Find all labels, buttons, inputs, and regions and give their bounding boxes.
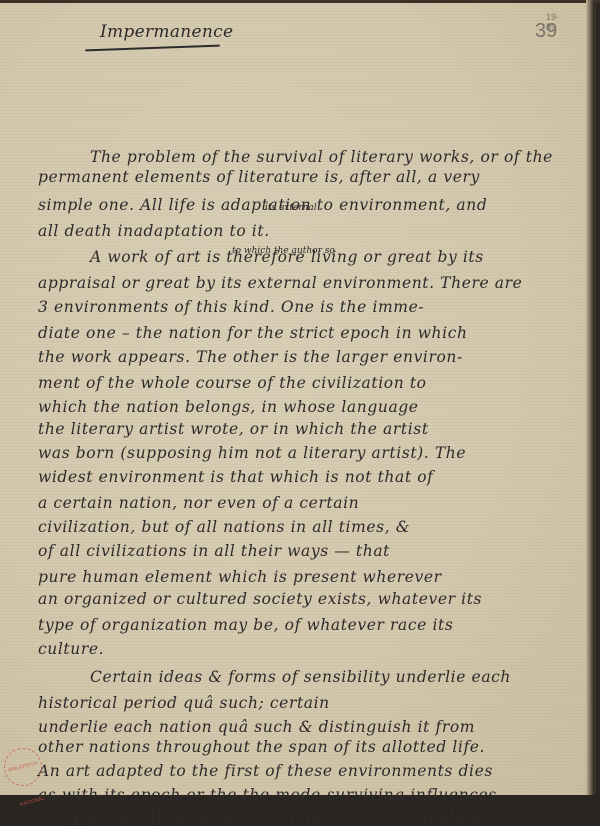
text-line: pure human element which is present wher…	[38, 568, 442, 586]
interlinear-insertion: to which the author so	[232, 246, 335, 256]
text-line: culture.	[38, 640, 104, 658]
manuscript-title: Impermanence	[100, 22, 233, 42]
text-line: was born (supposing him not a literary a…	[38, 444, 466, 462]
text-line: of all civilizations in all their ways —…	[38, 542, 390, 560]
text-line: ment of the whole course of the civiliza…	[38, 374, 427, 392]
text-line: appraisal or great by its external envir…	[38, 274, 522, 292]
text-line: an organized or cultured society exists,…	[38, 590, 482, 608]
text-line: The problem of the survival of literary …	[90, 148, 553, 166]
text-line: a certain nation, nor even of a certain	[38, 494, 359, 512]
title-underline	[85, 45, 220, 52]
text-line: the work appears. The other is the large…	[38, 348, 463, 366]
page-right-edge	[586, 0, 594, 795]
interlinear-insertion: its external	[265, 203, 317, 213]
text-line: the literary artist wrote, or in which t…	[38, 420, 429, 438]
page-top-edge	[0, 0, 600, 3]
text-line: civilization, but of all nations in all …	[38, 518, 410, 536]
text-line: diate one – the nation for the strict ep…	[38, 324, 468, 342]
text-line: Certain ideas & forms of sensibility und…	[90, 668, 511, 686]
text-line: as with its epoch or the the mode-surviv…	[38, 786, 497, 795]
text-line: all death inadaptation to it.	[38, 222, 270, 240]
text-line: widest environment is that which is not …	[38, 468, 433, 486]
manuscript-page: Impermanence 19-89 39 The problem of the…	[0, 0, 596, 795]
text-line: other nations throughout the span of its…	[38, 738, 485, 756]
text-line: 3 environments of this kind. One is the …	[38, 298, 424, 316]
text-line: underlie each nation quâ such & distingu…	[38, 718, 475, 736]
text-line: historical period quâ such; certain	[38, 694, 330, 712]
folio-number: 39	[535, 20, 557, 43]
text-line: which the nation belongs, in whose langu…	[38, 398, 419, 416]
text-line: simple one. All life is adaptation to en…	[38, 196, 487, 214]
text-line: permanent elements of literature is, aft…	[38, 168, 480, 186]
text-line: An art adapted to the first of these env…	[38, 762, 493, 780]
text-line: type of organization may be, of whatever…	[38, 616, 453, 634]
